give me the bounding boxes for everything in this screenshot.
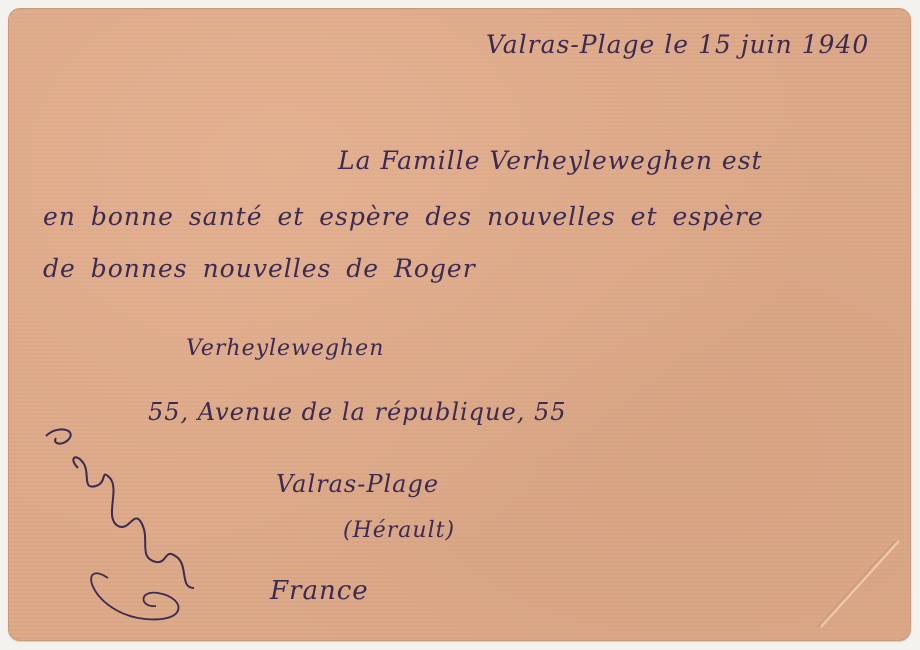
sender-country: France [270,576,369,606]
signature-flourish [38,428,238,638]
postcard: Valras-Plage le 15 juin 1940 La Famille … [8,8,911,641]
sender-street: 55, Avenue de la république, 55 [148,398,567,426]
message-line-1: La Famille Verheyleweghen est [338,146,763,175]
sender-city: Valras-Plage [276,470,439,498]
date-line: Valras-Plage le 15 juin 1940 [486,30,869,59]
corner-crease [811,539,901,629]
message-line-3: de bonnes nouvelles de Roger [43,254,476,283]
message-line-2: en bonne santé et espère des nouvelles e… [43,202,764,231]
sender-region: (Hérault) [343,518,455,543]
sender-name: Verheyleweghen [186,336,384,361]
